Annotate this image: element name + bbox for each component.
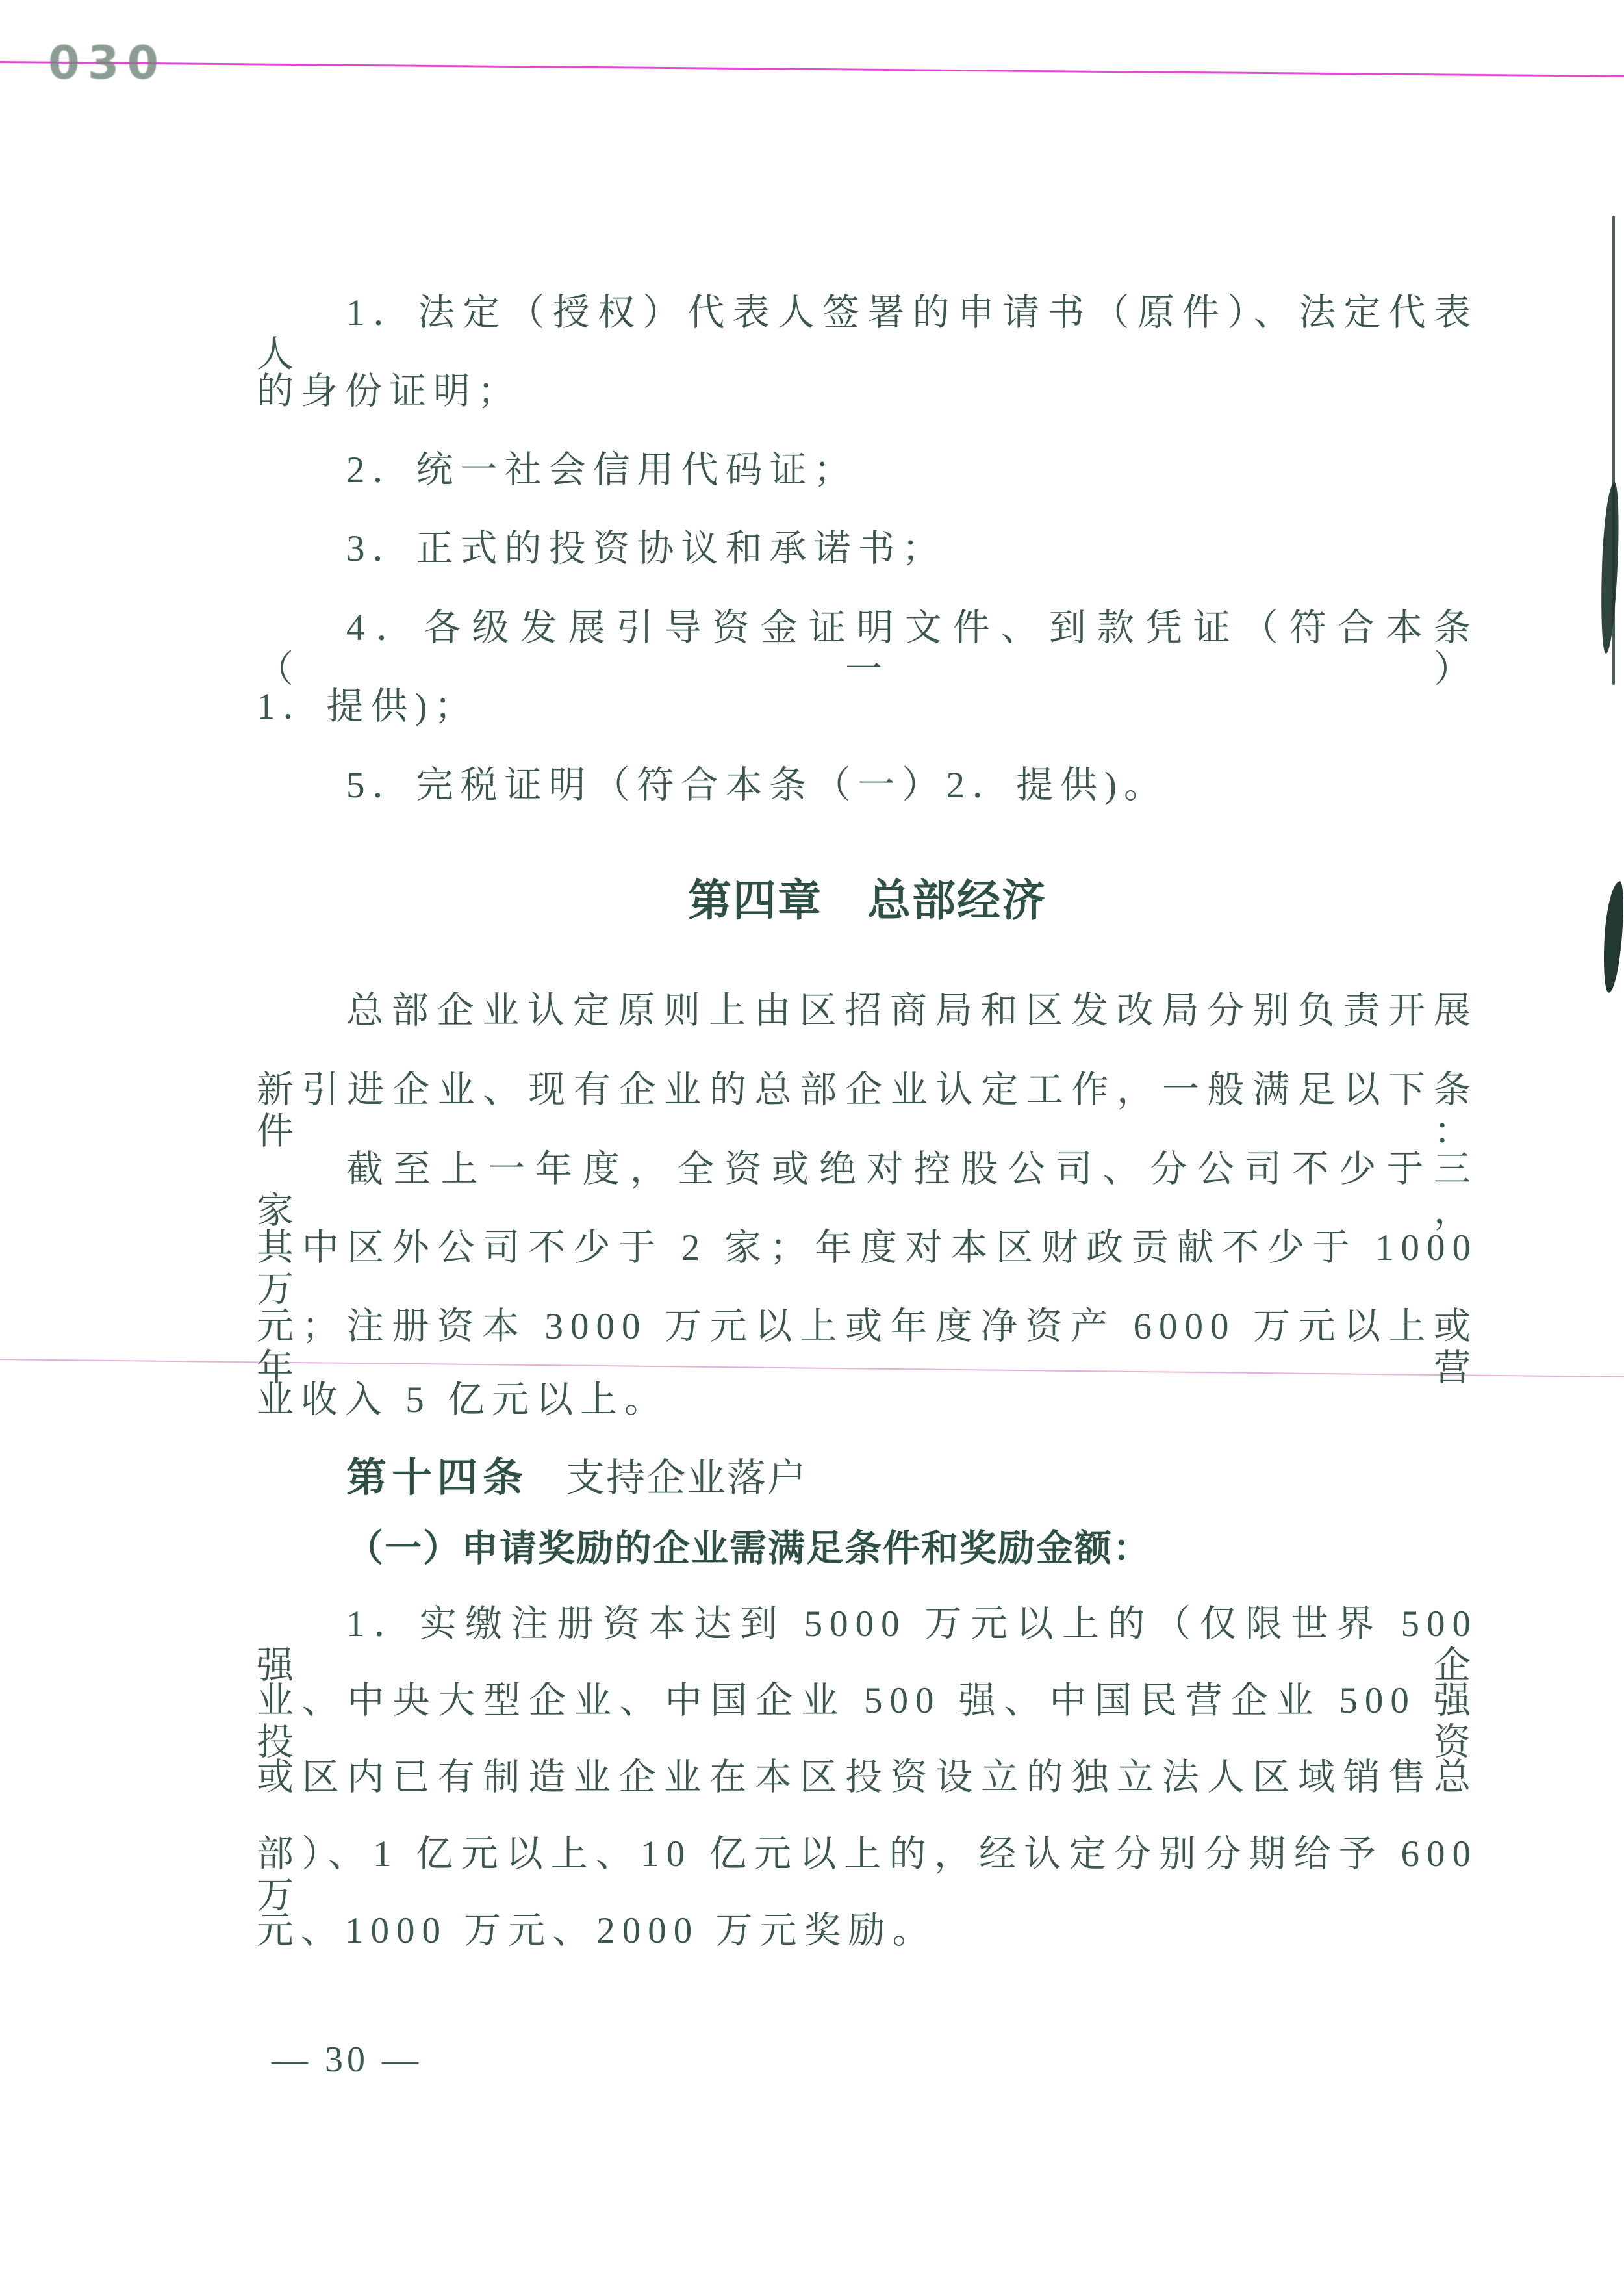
document-line-list-item-1a: 1．法定（授权）代表人签署的申请书（原件）、法定代表人 (257, 292, 1478, 376)
document-line-award-4: 部）、1 亿元以上、10 亿元以上的，经认定分别分期给予 600 万 (257, 1834, 1478, 1917)
scan-artifact-edge-smudge-leaf (1602, 880, 1624, 993)
document-line-paragraph-3: 截至上一年度，全资或绝对控股公司、分公司不少于三家， (257, 1149, 1478, 1232)
scan-artifact-edge-smudge-bulge (1599, 482, 1620, 654)
sub-item-heading: （一）申请奖励的企业需满足条件和奖励金额： (257, 1528, 1478, 1570)
article-title: 支持企业落户 (566, 1457, 807, 1500)
footer-page-number: — 30 — (272, 2039, 422, 2081)
article-heading: 第十四条支持企业落户 (257, 1455, 1478, 1500)
document-line-paragraph-5: 元；注册资本 3000 万元以上或年度净资产 6000 万元以上或年营 (257, 1306, 1478, 1389)
document-line-award-1: 1．实缴注册资本达到 5000 万元以上的（仅限世界 500 强企 (257, 1604, 1478, 1687)
document-line-award-2: 业、中央大型企业、中国企业 500 强、中国民营企业 500 强投资 (257, 1680, 1478, 1763)
document-line-list-item-3: 3．正式的投资协议和承诺书； (257, 528, 1478, 570)
page-stamp-number: 030 (48, 36, 166, 90)
document-line-paragraph-6: 业收入 5 亿元以上。 (257, 1379, 1478, 1421)
document-line-list-item-2: 2．统一社会信用代码证； (257, 450, 1478, 491)
chapter-heading: 第四章 总部经济 (257, 878, 1478, 924)
scan-artifact-pink-line-top (0, 61, 1624, 77)
scanned-document-page: 030 1．法定（授权）代表人签署的申请书（原件）、法定代表人 的身份证明； 2… (0, 0, 1624, 2293)
article-number-label: 第十四条 (346, 1455, 528, 1500)
document-line-list-item-1b: 的身份证明； (257, 371, 1478, 413)
document-line-award-5: 元、1000 万元、2000 万元奖励。 (257, 1910, 1478, 1952)
document-line-paragraph-4: 其中区外公司不少于 2 家；年度对本区财政贡献不少于 1000 万 (257, 1227, 1478, 1311)
document-line-paragraph-2: 新引进企业、现有企业的总部企业认定工作，一般满足以下条件： (257, 1070, 1478, 1153)
document-line-list-item-5: 5．完税证明（符合本条（一）2．提供)。 (257, 765, 1478, 806)
document-line-paragraph-1: 总部企业认定原则上由区招商局和区发改局分别负责开展 (257, 990, 1478, 1032)
document-line-award-3: 或区内已有制造业企业在本区投资设立的独立法人区域销售总 (257, 1757, 1478, 1799)
document-line-list-item-4a: 4．各级发展引导资金证明文件、到款凭证（符合本条（一） (257, 608, 1478, 691)
document-line-list-item-4b: 1．提供)； (257, 686, 1478, 728)
